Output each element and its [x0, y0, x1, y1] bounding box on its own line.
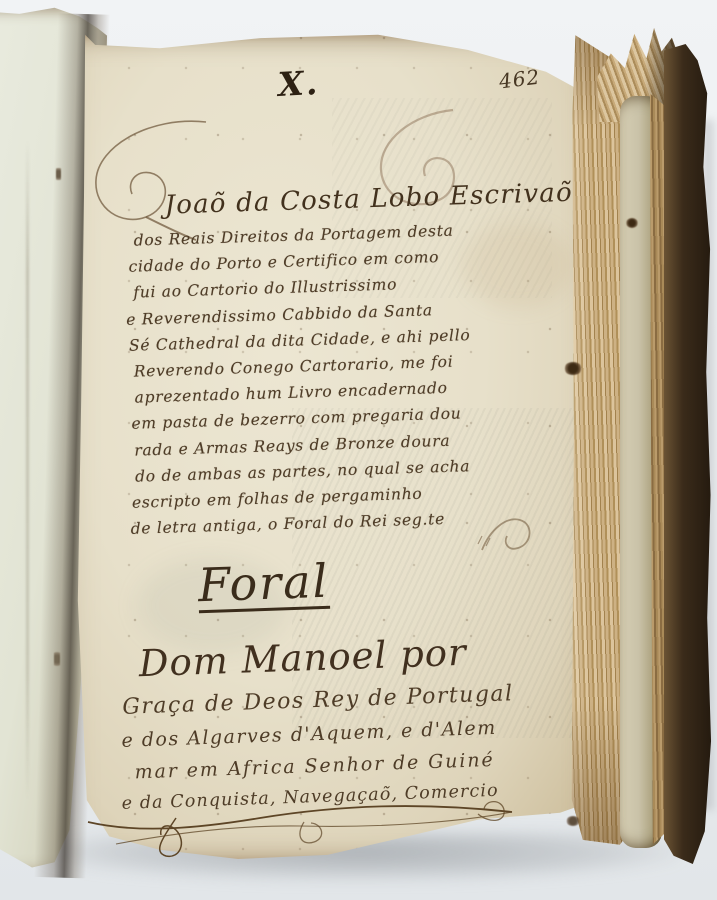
facing-page-crease [26, 140, 29, 800]
end-of-text-flourish [80, 786, 550, 851]
gutter-ink-mark [56, 166, 61, 182]
page-number: 462 [498, 65, 542, 94]
manuscript-photo: X. 462 Joaõ da Costa Lobo Escrivaõ dos R… [0, 0, 717, 900]
certificate-paragraph: Joaõ da Costa Lobo Escrivaõ dos Reais Di… [120, 172, 576, 542]
foral-heading: Foral [197, 554, 330, 613]
ink-spot [566, 816, 580, 826]
ink-spot [626, 218, 638, 228]
chapter-heading: X. [277, 63, 320, 104]
marginal-curl-mark [476, 510, 546, 565]
gutter-ink-mark [54, 650, 60, 668]
